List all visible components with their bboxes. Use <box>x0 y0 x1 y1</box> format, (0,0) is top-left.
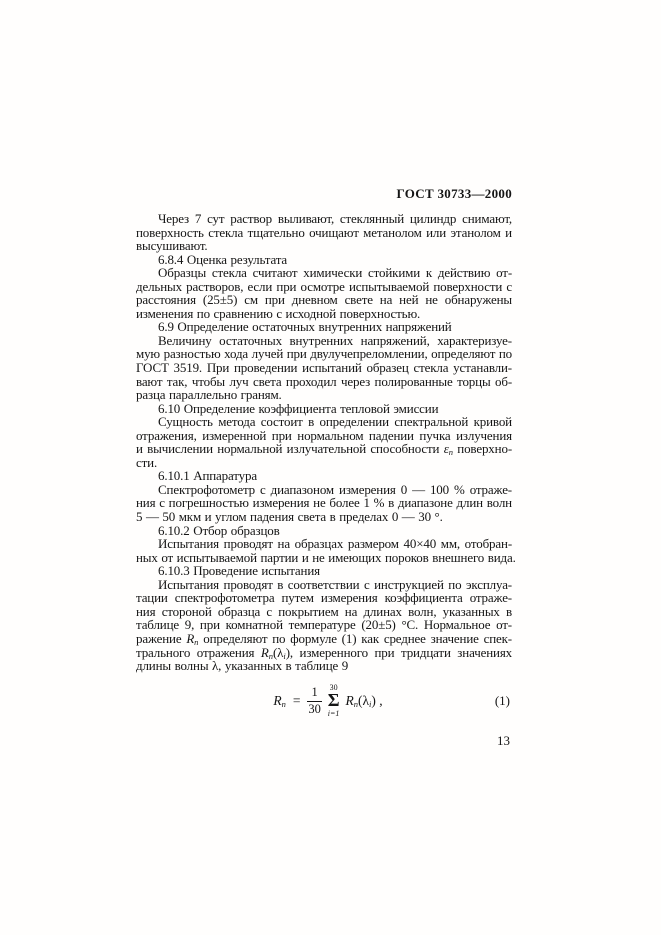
text-line: 6.10.1 Аппаратура <box>136 469 512 483</box>
document-page: ГОСТ 30733—2000 Через 7 сут раствор выли… <box>0 0 661 935</box>
text-line: тации спектрофотометра путем измерения к… <box>136 591 512 605</box>
text-line: Сущность метода состоит в определении сп… <box>136 415 512 429</box>
text-line: Спектрофотометр с диапазоном измерения 0… <box>136 483 512 497</box>
summation-lower-limit: i=1 <box>328 710 340 718</box>
text-line: Испытания проводят в соответствии с инст… <box>136 578 512 592</box>
summation: 30 Σ i=1 <box>328 684 340 717</box>
text-line: 6.8.4 Оценка результата <box>136 253 512 267</box>
sigma-symbol: Σ <box>328 692 340 709</box>
text-line: ражение Rn определяют по формуле (1) как… <box>136 632 512 646</box>
formula-lhs: Rn <box>273 693 286 709</box>
text-line: дельных растворов, если при осмотре испы… <box>136 280 512 294</box>
text-line: ния стороной образца с покрытием на длин… <box>136 605 512 619</box>
text-line: отражения, измеренной при нормальном пад… <box>136 429 512 443</box>
text-line: высушивают. <box>136 239 512 253</box>
text-line: 6.9 Определение остаточных внутренних на… <box>136 320 512 334</box>
page-number: 13 <box>136 733 510 749</box>
text-line: 6.10.3 Проведение испытания <box>136 564 512 578</box>
fraction: 1 30 <box>307 686 321 717</box>
text-line: сти. <box>136 456 512 470</box>
formula-block: Rn = 1 30 30 Σ i=1 Rn(λi) , (1) <box>136 678 512 724</box>
text-line: вают так, чтобы луч света проходил через… <box>136 375 512 389</box>
text-line: Образцы стекла считают химически стойким… <box>136 266 512 280</box>
text-line: таблице 9, при комнатной температуре (20… <box>136 618 512 632</box>
fraction-numerator: 1 <box>307 686 321 702</box>
text-line: Через 7 сут раствор выливают, стеклянный… <box>136 212 512 226</box>
text-line: мую разностью хода лучей при двулучепрел… <box>136 347 512 361</box>
text-line: изменения по сравнению с исходной поверх… <box>136 307 512 321</box>
text-line: 6.10.2 Отбор образцов <box>136 524 512 538</box>
text-line: Величину остаточных внутренних напряжени… <box>136 334 512 348</box>
body-text: Через 7 сут раствор выливают, стеклянный… <box>136 212 512 673</box>
text-line: ГОСТ 3519. При проведении испытаний обра… <box>136 361 512 375</box>
text-line: разца параллельно граням. <box>136 388 512 402</box>
formula: Rn = 1 30 30 Σ i=1 Rn(λi) , <box>273 684 382 717</box>
equals-sign: = <box>293 693 301 709</box>
text-line: длины волны λ, указанных в таблице 9 <box>136 659 512 673</box>
fraction-denominator: 30 <box>308 702 321 717</box>
text-line: расстояния (25±5) см при дневном свете н… <box>136 293 512 307</box>
text-line: поверхность стекла тщательно очищают мет… <box>136 226 512 240</box>
text-line: ных от испытываемой партии и не имеющих … <box>136 551 512 565</box>
text-line: и вычислении нормальной излучательной сп… <box>136 442 512 456</box>
text-line: трального отражения Rn(λi), измеренного … <box>136 646 512 660</box>
text-line: ния с погрешностью измерения не более 1 … <box>136 496 512 510</box>
formula-rhs: Rn(λi) , <box>345 693 382 709</box>
document-number-header: ГОСТ 30733—2000 <box>136 186 512 202</box>
text-line: Испытания проводят на образцах размером … <box>136 537 512 551</box>
equation-number: (1) <box>495 693 510 709</box>
text-line: 6.10 Определение коэффициента тепловой э… <box>136 402 512 416</box>
text-line: 5 — 50 мкм и углом падения света в преде… <box>136 510 512 524</box>
